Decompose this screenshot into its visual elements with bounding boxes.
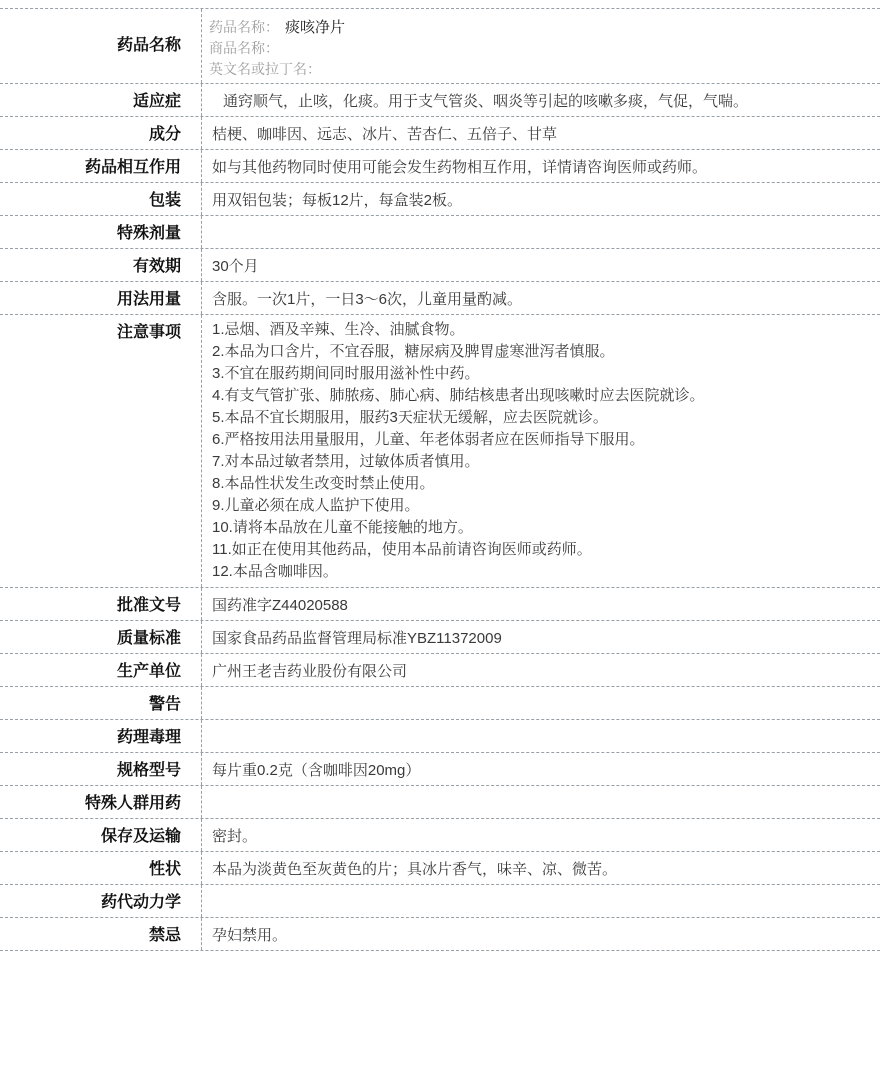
field-trade-name: 商品名称： [209,38,870,59]
precaution-item: 7.对本品过敏者禁用，过敏体质者慎用。 [212,451,870,473]
row-content-drug-name: 药品名称：痰咳净片 商品名称： 英文名或拉丁名： [202,9,880,83]
row-label-specification: 规格型号 [0,753,202,785]
precaution-item: 5.本品不宜长期服用，服药3天症状无缓解，应去医院就诊。 [212,407,870,429]
row-label-description: 性状 [0,852,202,884]
field-value-generic-name: 痰咳净片 [285,19,345,36]
row-label-precautions: 注意事项 [0,315,202,587]
row-label-ingredients: 成分 [0,117,202,149]
row-content-special-population [202,786,880,818]
field-key-english-name: 英文名或拉丁名： [209,61,321,77]
row-content-indications: 通窍顺气，止咳，化痰。用于支气管炎、咽炎等引起的咳嗽多痰，气促，气喘。 [202,84,880,116]
row-label-storage-transport: 保存及运输 [0,819,202,851]
row-content-specification: 每片重0.2克（含咖啡因20mg） [202,753,880,785]
row-label-approval-number: 批准文号 [0,588,202,620]
precaution-item: 8.本品性状发生改变时禁止使用。 [212,473,870,495]
precaution-item: 6.严格按用法用量服用，儿童、年老体弱者应在医师指导下服用。 [212,429,870,451]
table-row-specification: 规格型号 每片重0.2克（含咖啡因20mg） [0,753,880,786]
row-label-packaging: 包装 [0,183,202,215]
table-row-description: 性状 本品为淡黄色至灰黄色的片；具冰片香气，味辛、凉、微苦。 [0,852,880,885]
row-content-ingredients: 桔梗、咖啡因、远志、冰片、苦杏仁、五倍子、甘草 [202,117,880,149]
row-label-contraindications: 禁忌 [0,918,202,950]
precaution-item: 2.本品为口含片，不宜吞服，糖尿病及脾胃虚寒泄泻者慎服。 [212,341,870,363]
row-content-warning [202,687,880,719]
row-content-quality-standard: 国家食品药品监督管理局标准YBZ11372009 [202,621,880,653]
precaution-item: 4.有支气管扩张、肺脓疡、肺心病、肺结核患者出现咳嗽时应去医院就诊。 [212,385,870,407]
row-label-shelf-life: 有效期 [0,249,202,281]
row-content-manufacturer: 广州王老吉药业股份有限公司 [202,654,880,686]
row-label-special-population: 特殊人群用药 [0,786,202,818]
table-row-pharmacokinetics: 药代动力学 [0,885,880,918]
row-content-description: 本品为淡黄色至灰黄色的片；具冰片香气，味辛、凉、微苦。 [202,852,880,884]
table-row-shelf-life: 有效期 30个月 [0,249,880,282]
precaution-item: 12.本品含咖啡因。 [212,561,870,583]
table-row-indications: 适应症 通窍顺气，止咳，化痰。用于支气管炎、咽炎等引起的咳嗽多痰，气促，气喘。 [0,84,880,117]
table-row-contraindications: 禁忌 孕妇禁用。 [0,918,880,951]
precaution-item: 10.请将本品放在儿童不能接触的地方。 [212,517,870,539]
row-label-pharmacology-toxicology: 药理毒理 [0,720,202,752]
row-label-pharmacokinetics: 药代动力学 [0,885,202,917]
field-english-name: 英文名或拉丁名： [209,59,870,80]
table-row-approval-number: 批准文号 国药准字Z44020588 [0,588,880,621]
field-generic-name: 药品名称：痰咳净片 [209,17,870,38]
drug-info-table: 药品名称 药品名称：痰咳净片 商品名称： 英文名或拉丁名： 适应症 通窍顺气，止… [0,8,880,951]
precaution-item: 3.不宜在服药期间同时服用滋补性中药。 [212,363,870,385]
table-row-drug-name: 药品名称 药品名称：痰咳净片 商品名称： 英文名或拉丁名： [0,9,880,84]
table-row-precautions: 注意事项 1.忌烟、酒及辛辣、生冷、油腻食物。 2.本品为口含片，不宜吞服，糖尿… [0,315,880,588]
field-key-generic-name: 药品名称： [209,19,279,35]
precaution-item: 9.儿童必须在成人监护下使用。 [212,495,870,517]
row-label-drug-name: 药品名称 [0,9,202,83]
precaution-item: 11.如正在使用其他药品，使用本品前请咨询医师或药师。 [212,539,870,561]
table-row-pharmacology-toxicology: 药理毒理 [0,720,880,753]
table-row-special-population: 特殊人群用药 [0,786,880,819]
row-content-special-dosage [202,216,880,248]
row-label-manufacturer: 生产单位 [0,654,202,686]
table-row-special-dosage: 特殊剂量 [0,216,880,249]
table-row-quality-standard: 质量标准 国家食品药品监督管理局标准YBZ11372009 [0,621,880,654]
precaution-item: 1.忌烟、酒及辛辣、生冷、油腻食物。 [212,319,870,341]
row-content-packaging: 用双铝包装；每板12片，每盒装2板。 [202,183,880,215]
table-row-dosage-usage: 用法用量 含服。一次1片，一日3～6次，儿童用量酌减。 [0,282,880,315]
row-content-shelf-life: 30个月 [202,249,880,281]
table-row-warning: 警告 [0,687,880,720]
table-row-packaging: 包装 用双铝包装；每板12片，每盒装2板。 [0,183,880,216]
row-content-pharmacology-toxicology [202,720,880,752]
row-label-quality-standard: 质量标准 [0,621,202,653]
row-content-storage-transport: 密封。 [202,819,880,851]
row-content-interactions: 如与其他药物同时使用可能会发生药物相互作用，详情请咨询医师或药师。 [202,150,880,182]
table-row-ingredients: 成分 桔梗、咖啡因、远志、冰片、苦杏仁、五倍子、甘草 [0,117,880,150]
row-label-interactions: 药品相互作用 [0,150,202,182]
row-label-indications: 适应症 [0,84,202,116]
row-content-pharmacokinetics [202,885,880,917]
row-label-warning: 警告 [0,687,202,719]
row-content-dosage-usage: 含服。一次1片，一日3～6次，儿童用量酌减。 [202,282,880,314]
row-label-dosage-usage: 用法用量 [0,282,202,314]
table-row-interactions: 药品相互作用 如与其他药物同时使用可能会发生药物相互作用，详情请咨询医师或药师。 [0,150,880,183]
table-row-manufacturer: 生产单位 广州王老吉药业股份有限公司 [0,654,880,687]
field-key-trade-name: 商品名称： [209,40,279,56]
row-content-contraindications: 孕妇禁用。 [202,918,880,950]
row-content-precautions: 1.忌烟、酒及辛辣、生冷、油腻食物。 2.本品为口含片，不宜吞服，糖尿病及脾胃虚… [202,315,880,587]
table-row-storage-transport: 保存及运输 密封。 [0,819,880,852]
row-content-approval-number: 国药准字Z44020588 [202,588,880,620]
row-label-special-dosage: 特殊剂量 [0,216,202,248]
